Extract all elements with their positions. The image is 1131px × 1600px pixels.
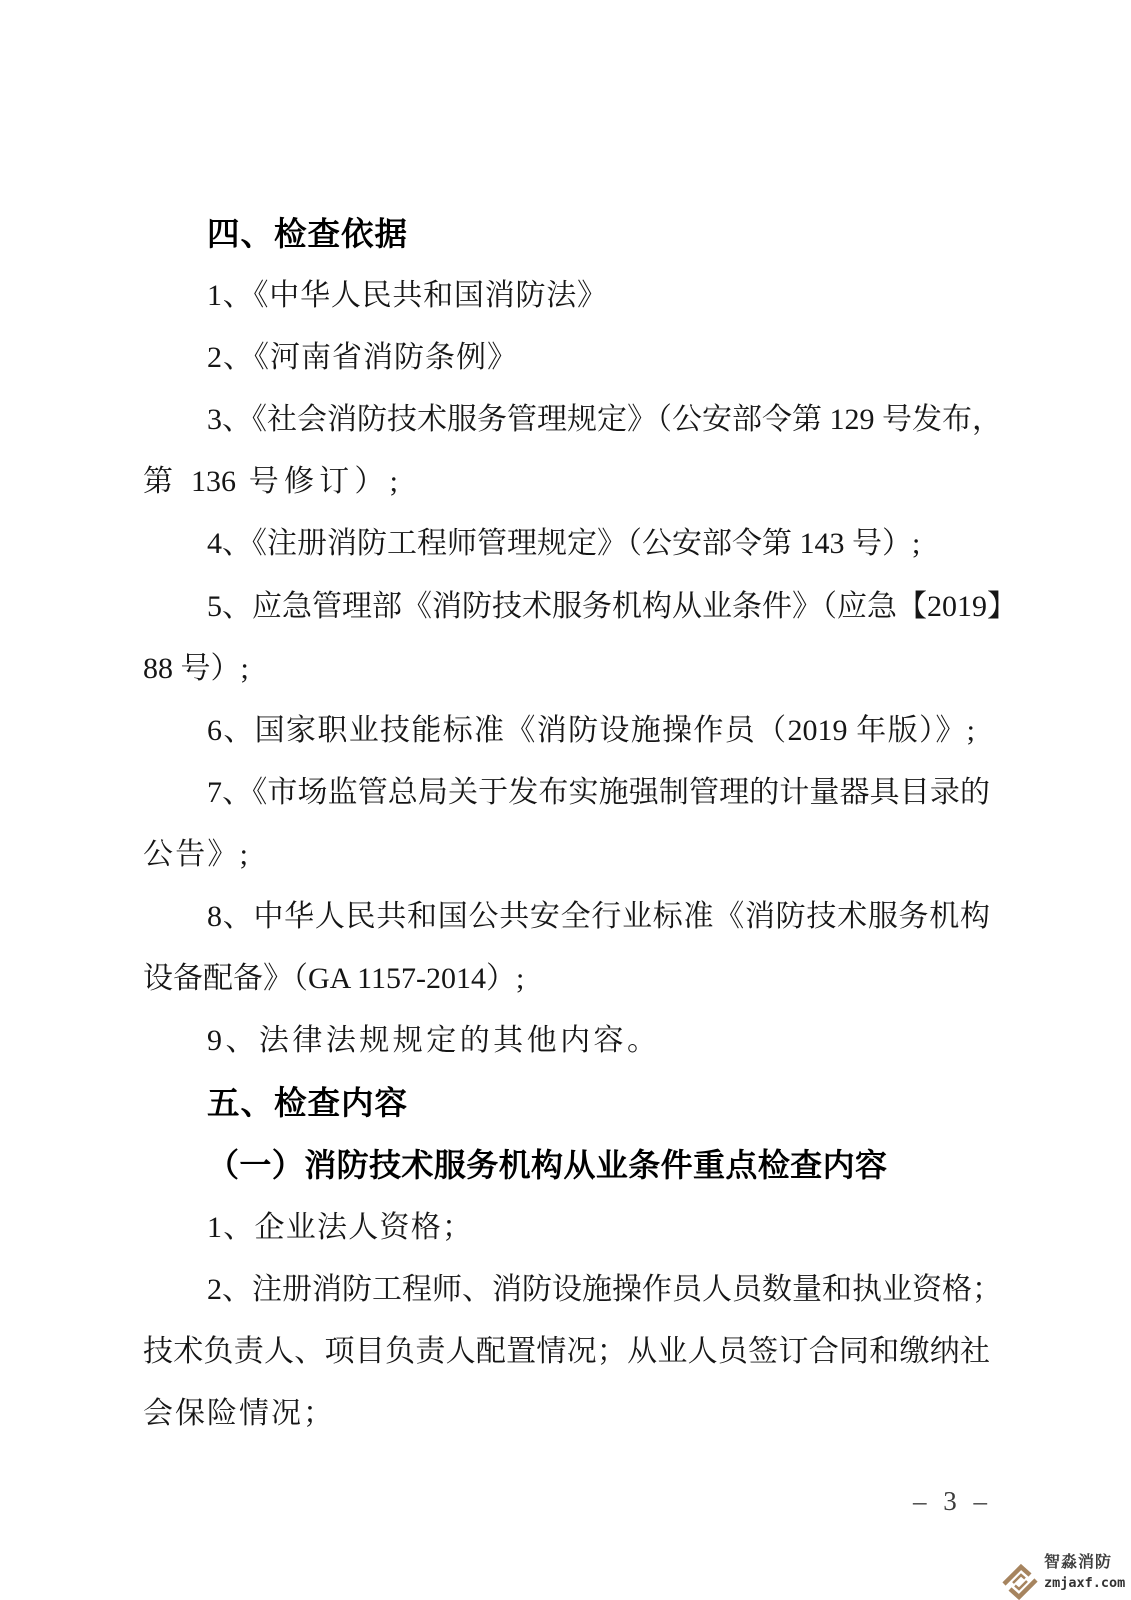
watermark-brand-text: 智淼消防: [1044, 1552, 1125, 1574]
section-heading-inspection-content: 五、检查内容: [207, 1072, 407, 1134]
document-page: 四、检查依据 1、《中华人民共和国消防法》 2、《河南省消防条例》 3、《社会消…: [0, 0, 1131, 1600]
basis-item-8-continuation: 设备配备》（GA 1157-2014）;: [143, 948, 488, 1010]
basis-item-3: 3、《社会消防技术服务管理规定》（公安部令第 129 号发布，: [207, 389, 990, 451]
basis-item-6: 6、国家职业技能标准《消防设施操作员（2019 年版）》;: [207, 700, 975, 762]
content-item-2: 2、注册消防工程师、消防设施操作员人员数量和执业资格；: [207, 1259, 990, 1321]
document-text-block: 四、检查依据 1、《中华人民共和国消防法》 2、《河南省消防条例》 3、《社会消…: [143, 203, 990, 1445]
basis-item-4: 4、《注册消防工程师管理规定》（公安部令第 143 号）;: [207, 513, 917, 575]
basis-item-2: 2、《河南省消防条例》: [207, 327, 517, 389]
basis-item-5-continuation: 88 号）;: [143, 638, 246, 700]
basis-item-1: 1、《中华人民共和国消防法》: [207, 265, 607, 327]
basis-item-8: 8、中华人民共和国公共安全行业标准《消防技术服务机构: [207, 886, 990, 948]
section-heading-inspection-basis: 四、检查依据: [207, 203, 407, 265]
basis-item-3-continuation: 第 136 号修订）;: [143, 451, 398, 513]
subsection-heading-agency-conditions: （一）消防技术服务机构从业条件重点检查内容: [207, 1134, 887, 1196]
watermark-logo: 智淼消防 zmjaxf.com: [1000, 1552, 1125, 1600]
basis-item-5: 5、应急管理部《消防技术服务机构从业条件》（应急【2019】: [207, 576, 990, 638]
basis-item-9: 9、法律法规规定的其他内容。: [207, 1010, 657, 1072]
page-number: – 3 –: [905, 1486, 1000, 1517]
watermark-domain-text: zmjaxf.com: [1044, 1574, 1125, 1592]
content-item-2-continuation-2: 会保险情况；: [143, 1383, 333, 1445]
watermark-text-block: 智淼消防 zmjaxf.com: [1044, 1552, 1125, 1592]
content-item-1: 1、企业法人资格；: [207, 1197, 472, 1259]
basis-item-7: 7、《市场监管总局关于发布实施强制管理的计量器具目录的: [207, 762, 990, 824]
content-item-2-continuation-1: 技术负责人、项目负责人配置情况；从业人员签订合同和缴纳社: [143, 1321, 990, 1383]
basis-item-7-continuation: 公告》;: [143, 824, 248, 886]
zhimiao-logo-icon: [1000, 1560, 1040, 1600]
